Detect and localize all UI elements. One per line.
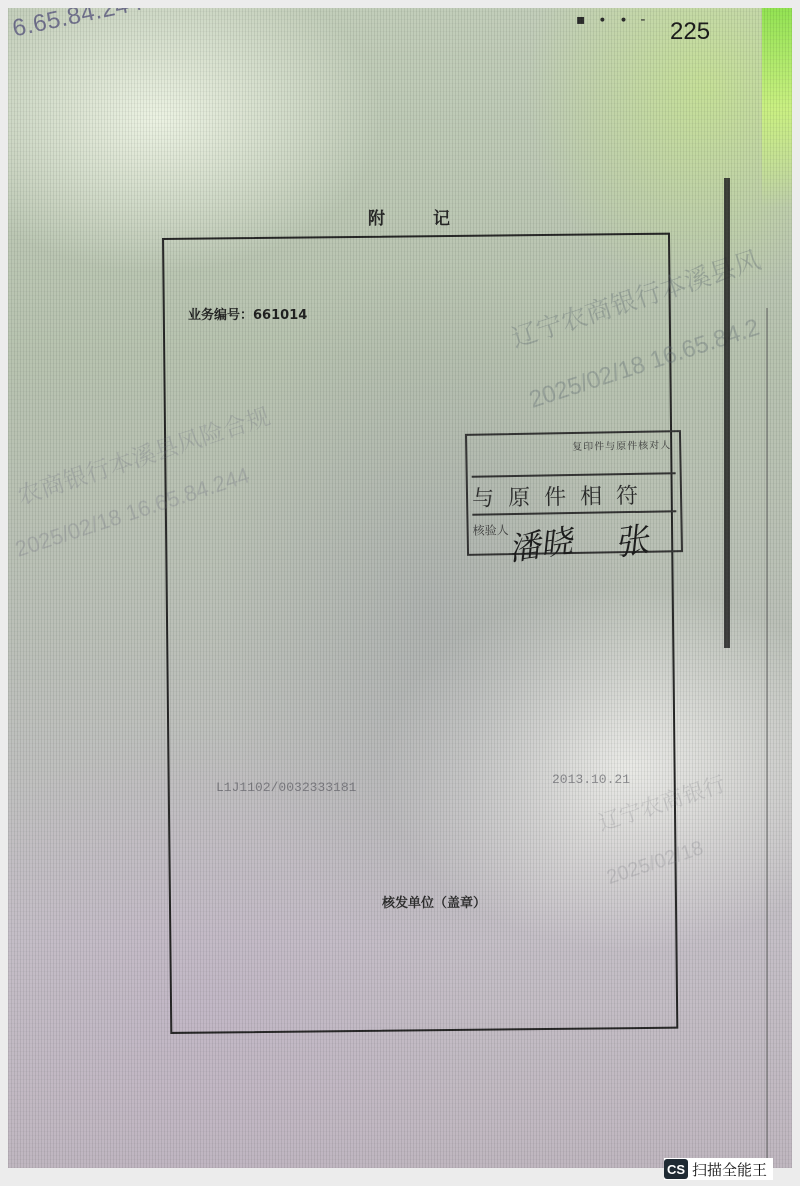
page-edge-shadow [724,178,730,648]
verification-stamp: 复印件与原件核对人 与原件相符 核验人 [465,430,683,556]
stamp-text: 与原件相符 [472,478,677,516]
camscanner-watermark: CS 扫描全能王 [664,1158,773,1180]
camscanner-label: 扫描全能王 [692,1159,767,1180]
stamp-header: 复印件与原件核对人 [471,438,676,478]
scanned-document: 6.65.84.244 ▪ ∙ ∙ - 225 附记 业务编号：661014 辽… [8,8,792,1168]
business-number-label: 业务编号： [188,308,253,323]
business-number: 业务编号：661014 [188,304,307,323]
scan-edge-highlight [762,8,792,208]
watermark-ip-top: 6.65.84.244 [10,8,145,43]
business-number-value: 661014 [253,308,307,323]
page-number: 225 [670,18,710,46]
signature-2: 张 [611,512,651,565]
ink-marks: ▪ ∙ ∙ - [576,12,649,28]
document-title: 附记 [368,204,498,229]
page-edge-line [766,308,768,1168]
faint-registration-code: L1J1102/0032333181 [216,780,356,795]
issuer-seal-label: 核发单位（盖章） [382,892,486,911]
faint-date: 2013.10.21 [552,772,630,787]
camscanner-logo-icon: CS [664,1159,688,1179]
signature-1: 潘晓 [505,516,575,570]
annotation-frame [162,233,678,1034]
